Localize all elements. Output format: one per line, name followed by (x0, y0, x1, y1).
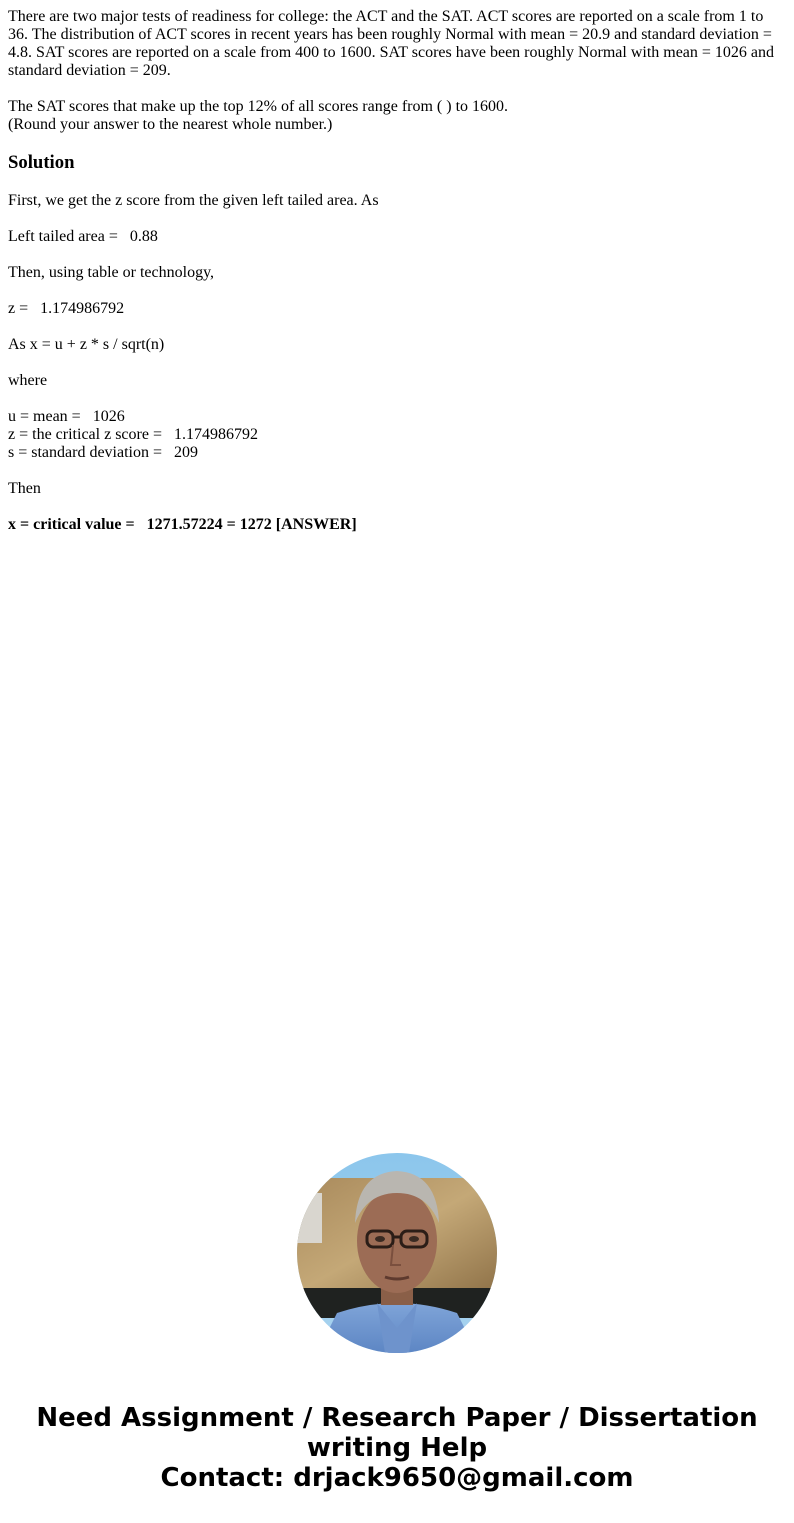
prompt-line-1: The SAT scores that make up the top 12% … (8, 98, 786, 116)
variable-label: u = mean = (8, 408, 81, 425)
variable-mean: u = mean =1026 (8, 408, 786, 426)
then-using-line: Then, using table or technology, (8, 264, 786, 282)
question-paragraph: There are two major tests of readiness f… (8, 8, 786, 80)
promo-contact: Contact: drjack9650@gmail.com (0, 1463, 794, 1493)
promo-line-2: writing Help (0, 1433, 794, 1463)
solution-heading: Solution (8, 152, 786, 174)
left-area-label: Left tailed area = (8, 228, 118, 245)
formula-line: As x = u + z * s / sqrt(n) (8, 336, 786, 354)
promo-banner: Need Assignment / Research Paper / Disse… (0, 1403, 794, 1493)
z-label: z = (8, 300, 28, 317)
question-prompt: The SAT scores that make up the top 12% … (8, 98, 786, 134)
variable-label: z = the critical z score = (8, 426, 162, 443)
author-photo-icon (297, 1153, 497, 1353)
answer-line: x = critical value =1271.57224 = 1272 [A… (8, 516, 786, 534)
then-line: Then (8, 480, 786, 498)
variable-z: z = the critical z score =1.174986792 (8, 426, 786, 444)
z-line: z =1.174986792 (8, 300, 786, 318)
answer-value: 1271.57224 = 1272 [ANSWER] (147, 516, 357, 533)
where-line: where (8, 372, 786, 390)
variable-label: s = standard deviation = (8, 444, 162, 461)
variable-value: 1026 (93, 408, 125, 425)
left-area-value: 0.88 (130, 228, 158, 245)
solution-intro: First, we get the z score from the given… (8, 192, 786, 210)
z-value: 1.174986792 (40, 300, 124, 317)
document-body: There are two major tests of readiness f… (8, 8, 786, 552)
promo-line-1: Need Assignment / Research Paper / Disse… (0, 1403, 794, 1433)
prompt-line-2: (Round your answer to the nearest whole … (8, 116, 786, 134)
answer-label: x = critical value = (8, 516, 135, 533)
variables-block: u = mean =1026 z = the critical z score … (8, 408, 786, 462)
left-area-line: Left tailed area =0.88 (8, 228, 786, 246)
variable-value: 1.174986792 (174, 426, 258, 443)
variable-sd: s = standard deviation =209 (8, 444, 786, 462)
variable-value: 209 (174, 444, 198, 461)
